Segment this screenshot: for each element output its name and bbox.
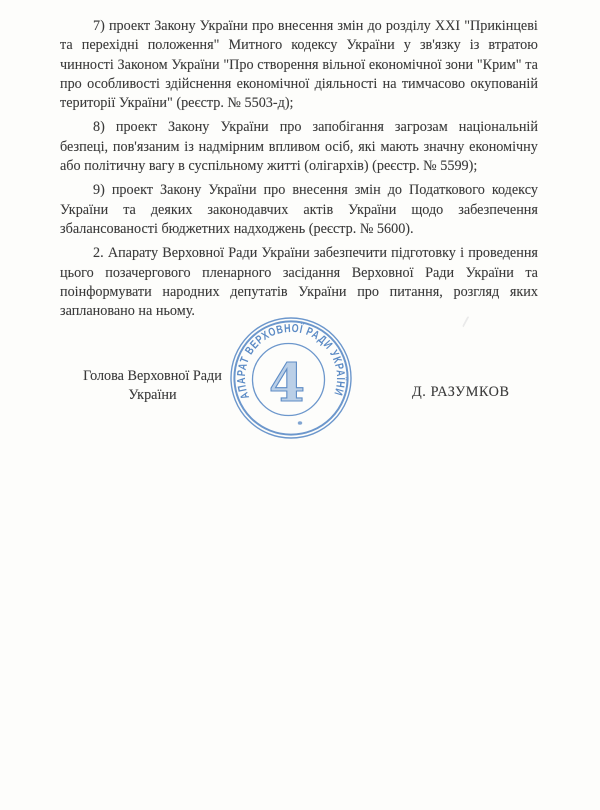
- text-line: 2.АпаратуВерховноїРадиУкраїнизабезпечити…: [60, 244, 538, 263]
- text-line: проособливостіздійсненняекономічноїдіяль…: [60, 75, 538, 94]
- signatory-title-line1: Голова Верховної Ради: [75, 367, 230, 386]
- text-line: поінформуватинароднихдепутатівУкраїнипро…: [60, 283, 538, 302]
- text-line: таперехідніположення"МитногокодексуУкраї…: [60, 36, 538, 55]
- text-line: 9)проектЗаконуУкраїнипровнесеннязміндоПо…: [60, 181, 538, 200]
- official-stamp-icon: АПАРАТ ВЕРХОВНОЇ РАДИ УКРАЇНИ 4 *: [221, 308, 361, 448]
- text-line: чинностіЗакономУкраїни"Проствореннявільн…: [60, 56, 538, 75]
- text-line: цьогопозачерговогопленарногозасіданняВер…: [60, 264, 538, 283]
- paragraph: 8)проектЗаконуУкраїнипрозапобіганнязагро…: [60, 118, 538, 176]
- paragraph: 7)проектЗаконуУкраїнипровнесеннязміндоро…: [60, 17, 538, 113]
- text-line: 8)проектЗаконуУкраїнипрозапобіганнязагро…: [60, 118, 538, 137]
- text-line: збалансованості бюджетних надходжень (ре…: [60, 220, 538, 239]
- stamp-star-icon: *: [297, 419, 303, 431]
- paragraph: 9)проектЗаконуУкраїнипровнесеннязміндоПо…: [60, 181, 538, 239]
- stamp-number: 4: [269, 353, 305, 414]
- signatory-title: Голова Верховної Ради України: [75, 367, 230, 405]
- text-line: 7)проектЗаконуУкраїнипровнесеннязміндоро…: [60, 17, 538, 36]
- signatory-name: Д. РАЗУМКОВ: [412, 384, 510, 401]
- signatory-title-line2: України: [75, 386, 230, 405]
- document-body: 7)проектЗаконуУкраїнипровнесеннязміндоро…: [60, 17, 538, 326]
- document-page: 7)проектЗаконуУкраїнипровнесеннязміндоро…: [0, 0, 600, 810]
- text-line: території України" (реєстр. № 5503-д);: [60, 94, 538, 113]
- text-line: УкраїнитадеякихзаконодавчихактівУкраїнищ…: [60, 201, 538, 220]
- text-line: безпеці,пов'язанимізнадмірнимвпливомосіб…: [60, 138, 538, 157]
- text-line: або політичну вагу в суспільному житті (…: [60, 157, 538, 176]
